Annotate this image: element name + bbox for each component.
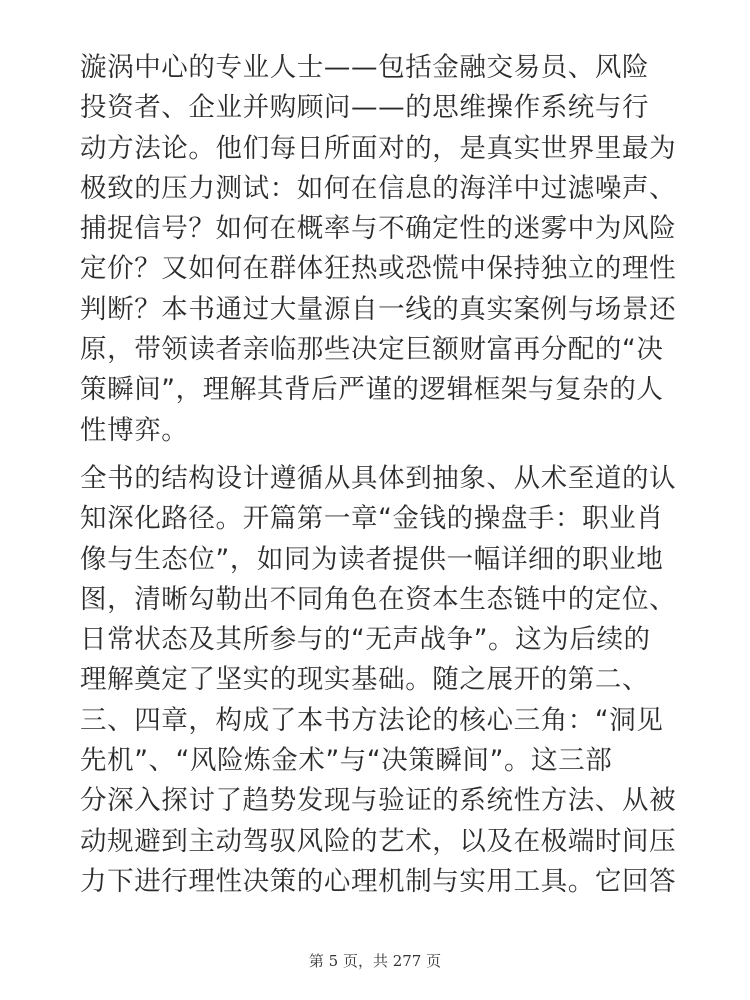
paragraph-1: 漩涡中心的专业人士——包括金融交易员、风险 投资者、企业并购顾问——的思维操作系… <box>80 48 700 451</box>
text-line: 极致的压力测试：如何在信息的海洋中过滤噪声、 <box>80 169 700 209</box>
text-line: 投资者、企业并购顾问——的思维操作系统与行 <box>80 88 700 128</box>
text-line: 图，清晰勾勒出不同角色在资本生态链中的定位、 <box>80 580 700 620</box>
text-line: 像与生态位”，如同为读者提供一幅详细的职业地 <box>80 540 700 580</box>
text-line: 原，带领读者亲临那些决定巨额财富再分配的“决 <box>80 330 700 370</box>
text-line: 策瞬间”，理解其背后严谨的逻辑框架与复杂的人 <box>80 370 700 410</box>
text-line: 性博弈。 <box>80 411 700 451</box>
text-line: 分深入探讨了趋势发现与验证的系统性方法、从被 <box>80 781 700 821</box>
body-text: 漩涡中心的专业人士——包括金融交易员、风险 投资者、企业并购顾问——的思维操作系… <box>80 48 700 902</box>
text-line: 定价？又如何在群体狂热或恐慌中保持独立的理性 <box>80 249 700 289</box>
document-page: 漩涡中心的专业人士——包括金融交易员、风险 投资者、企业并购顾问——的思维操作系… <box>0 0 750 1000</box>
paragraph-2: 全书的结构设计遵循从具体到抽象、从术至道的认 知深化路径。开篇第一章“金钱的操盘… <box>80 459 700 902</box>
text-line: 漩涡中心的专业人士——包括金融交易员、风险 <box>80 48 700 88</box>
text-line: 理解奠定了坚实的现实基础。随之展开的第二、 <box>80 660 700 700</box>
page-indicator: 第 5 页，共 277 页 <box>0 950 750 971</box>
text-line: 动方法论。他们每日所面对的，是真实世界里最为 <box>80 129 700 169</box>
text-line: 先机”、“风险炼金术”与“决策瞬间”。这三部 <box>80 741 700 781</box>
text-line: 捕捉信号？如何在概率与不确定性的迷雾中为风险 <box>80 209 700 249</box>
text-line: 三、四章，构成了本书方法论的核心三角：“洞见 <box>80 701 700 741</box>
text-line: 动规避到主动驾驭风险的艺术，以及在极端时间压 <box>80 822 700 862</box>
text-line: 力下进行理性决策的心理机制与实用工具。它回答 <box>80 862 700 902</box>
text-line: 判断？本书通过大量源自一线的真实案例与场景还 <box>80 290 700 330</box>
text-line: 知深化路径。开篇第一章“金钱的操盘手：职业肖 <box>80 499 700 539</box>
text-line: 全书的结构设计遵循从具体到抽象、从术至道的认 <box>80 459 700 499</box>
text-line: 日常状态及其所参与的“无声战争”。这为后续的 <box>80 620 700 660</box>
